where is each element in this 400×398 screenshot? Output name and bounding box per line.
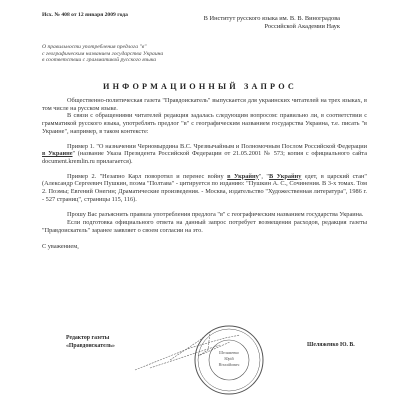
closing: С уважением, (42, 243, 367, 251)
addressee-line1: В Институт русского языка им. В. В. Вино… (204, 15, 340, 23)
svg-text:Віталійович: Віталійович (219, 362, 240, 367)
svg-text:Юрій: Юрій (224, 356, 234, 361)
example-2: Пример 2. "Незапно Карл поворотил и пере… (42, 173, 367, 204)
signatory-name: Шеляженко Ю. В. (307, 342, 355, 348)
subject: О правильности употребления предлога "в"… (42, 44, 163, 64)
signature-position: Редактор газеты «Правдоискатель» (66, 335, 115, 350)
example-2-highlight-2: В Украйну (269, 173, 301, 180)
addressee-line2: Российской Академии Наук (204, 23, 340, 31)
addressee: В Институт русского языка им. В. В. Вино… (204, 15, 340, 31)
example-2-highlight-1: в Украйну (227, 173, 259, 180)
paragraph-intro: Общественно-политическая газета "Правдои… (42, 97, 367, 112)
svg-text:Шеляженко: Шеляженко (219, 350, 239, 355)
paragraph-expenses: Если подготовка официального ответа на д… (42, 219, 367, 234)
example-1-highlight: в Украине (42, 150, 73, 157)
official-stamp-icon: Шеляженко Юрій Віталійович (193, 324, 265, 396)
document-title: ИНФОРМАЦИОННЫЙ ЗАПРОС (0, 82, 400, 91)
subject-line3: в соответствии с грамматикой русского яз… (42, 57, 163, 64)
example-1: Пример 1. "О назначении Черномырдина В.С… (42, 143, 367, 166)
paragraph-question: В связи с обращениями читателей редакция… (42, 112, 367, 135)
reference-number: Исх. № 408 от 12 января 2009 года (42, 12, 128, 18)
subject-line1: О правильности употребления предлога "в" (42, 44, 163, 51)
paragraph-request: Прошу Вас разъяснить правила употреблени… (42, 211, 367, 219)
document-body: Общественно-политическая газета "Правдои… (42, 97, 367, 250)
